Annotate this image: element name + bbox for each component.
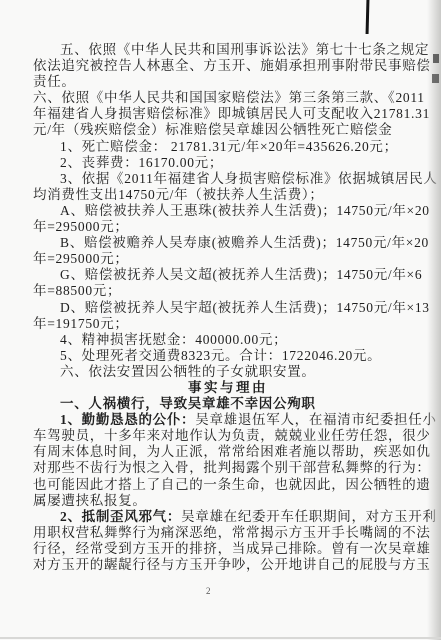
page-number: 2	[206, 586, 211, 596]
text-line: 对那些不齿行为恨之入骨，批判揭露个别干部营私舞弊的行为：	[33, 460, 433, 476]
text-line: 有周末体息时间，为人正派，常常给困难者施以帮助，疾恶如仇	[33, 444, 433, 460]
text-line: 年福建省人身损害赔偿标准》即城镇居民人可支配收入21781.31	[33, 106, 433, 122]
document-body: 五、依照《中华人民共和国刑事诉讼法》第七十七条之规定依法追究被控告人林惠全、方玉…	[33, 42, 433, 573]
line-text: 均消费性支出14750元/年（被扶养人生活费）；	[33, 187, 324, 202]
text-line: 一、人祸横行，导致吴章雄不幸因公殉职	[33, 396, 433, 412]
line-text: 属屡遭挟私报复。	[33, 493, 147, 508]
line-text: 用职权营私舞弊行为痛深恶绝，常常揭示方玉开手长嘴阔的不法	[33, 525, 431, 540]
text-line: B、赔偿被赡养人吴寿康(被赡养人生活费)；14750元/年×20	[33, 235, 433, 251]
scanned-page: 五、依照《中华人民共和国刑事诉讼法》第七十七条之规定依法追究被控告人林惠全、方玉…	[0, 0, 441, 640]
bold-text: 1、勤勤恳恳的公仆：	[60, 412, 195, 427]
text-line: 年=191750元；	[33, 316, 433, 332]
text-line: 也可能因此才搭上了自己的一条生命，也就因此，因公牺牲的遗	[33, 477, 433, 493]
text-line: 责任。	[33, 74, 433, 90]
line-text: 依法追究被控告人林惠全、方玉开、施娟承担刑事附带民事赔偿	[33, 58, 431, 73]
line-text: 5、处理死者交通费8323元。合计：1722046.20元。	[60, 348, 381, 363]
line-text: 对那些不齿行为恨之入骨，批判揭露个别干部营私舞弊的行为：	[33, 460, 431, 475]
text-line: 5、处理死者交通费8323元。合计：1722046.20元。	[33, 348, 433, 364]
text-line: 4、精神损害抚慰金：400000.00元；	[33, 332, 433, 348]
text-line: 3、依据《2011年福建省人身损害赔偿标准》依据城镇居民人	[33, 171, 433, 187]
text-line: D、赔偿被抚养人吴宇超(被抚养人生活费)；14750元/年×13	[33, 300, 433, 316]
line-text: 车驾驶员，十多年来对地作认为负责，兢兢业业任劳任怨，很少	[33, 428, 431, 443]
scan-artifact-streak	[366, 0, 370, 34]
text-line: 行径，经常受到方玉开的排挤，当成异己排除。曾有一次吴章雄	[33, 541, 433, 557]
bold-text: 一、人祸横行，导致吴章雄不幸因公殉职	[60, 396, 316, 411]
line-text: 3、依据《2011年福建省人身损害赔偿标准》依据城镇居民人	[60, 171, 438, 186]
bold-text: 2、抵制歪风邪气：	[60, 509, 181, 524]
text-line: 属屡遭挟私报复。	[33, 493, 433, 509]
scan-edge-shadow-right	[427, 0, 441, 640]
text-line: 车驾驶员，十多年来对地作认为负责，兢兢业业任劳任怨，很少	[33, 428, 433, 444]
line-text: 年=191750元；	[33, 316, 129, 331]
text-line: 对方玉开的龌龊行径与方玉开争吵，公开地讲自己的屁股与方玉	[33, 557, 433, 573]
line-text: 责任。	[33, 74, 76, 89]
line-text: 年=295000元；	[33, 219, 129, 234]
line-text: 4、精神损害抚慰金：400000.00元；	[60, 332, 287, 347]
text-line: 年=88500元；	[33, 283, 433, 299]
line-text: 年=88500元；	[33, 283, 121, 298]
text-line: A、赔偿被扶养人王惠珠(被扶养人生活费)；14750元/年×20	[33, 203, 433, 219]
line-text: 六、依照《中华人民共和国国家赔偿法》第三条第三款、《2011	[33, 90, 425, 105]
line-text: 六、依法安置因公牺牲的子女就职安置。	[60, 364, 316, 379]
line-text: 吴章雄在纪委开车任职期间，对方玉开利	[181, 509, 437, 524]
text-line: 2、丧葬费：16170.00元；	[33, 155, 433, 171]
text-line: 六、依照《中华人民共和国国家赔偿法》第三条第三款、《2011	[33, 90, 433, 106]
line-text: 吴章雄退伍军人，在福清市纪委担任小	[195, 412, 436, 427]
text-line: 1、死亡赔偿金： 21781.31元/年×20年=435626.20元；	[33, 139, 433, 155]
bold-text: 事实与理由	[188, 380, 268, 395]
line-text: 年=295000元；	[33, 251, 129, 266]
text-line: 年=295000元；	[33, 219, 433, 235]
text-line: G、赔偿被抚养人吴文超(被抚养人生活费)；14750元/年×6	[33, 267, 433, 283]
line-text: A、赔偿被扶养人王惠珠(被扶养人生活费)；14750元/年×20	[60, 203, 430, 218]
line-text: G、赔偿被抚养人吴文超(被抚养人生活费)；14750元/年×6	[60, 267, 422, 282]
text-line: 依法追究被控告人林惠全、方玉开、施娟承担刑事附带民事赔偿	[33, 58, 433, 74]
text-line: 五、依照《中华人民共和国刑事诉讼法》第七十七条之规定	[33, 42, 433, 58]
scan-artifact-speck	[432, 74, 439, 83]
line-text: 行径，经常受到方玉开的排挤，当成异己排除。曾有一次吴章雄	[33, 541, 431, 556]
line-text: 1、死亡赔偿金： 21781.31元/年×20年=435626.20元；	[60, 139, 398, 154]
text-line: 1、勤勤恳恳的公仆：吴章雄退伍军人，在福清市纪委担任小	[33, 412, 433, 428]
line-text: D、赔偿被抚养人吴宇超(被抚养人生活费)；14750元/年×13	[60, 300, 430, 315]
line-text: 年福建省人身损害赔偿标准》即城镇居民人可支配收入21781.31	[33, 106, 430, 121]
line-text: 2、丧葬费：16170.00元；	[60, 155, 223, 170]
line-text: 对方玉开的龌龊行径与方玉开争吵，公开地讲自己的屁股与方玉	[33, 557, 431, 572]
text-line: 用职权营私舞弊行为痛深恶绝，常常揭示方玉开手长嘴阔的不法	[33, 525, 433, 541]
scan-artifact-speck	[433, 54, 439, 63]
line-text: 有周末体息时间，为人正派，常常给困难者施以帮助，疾恶如仇	[33, 444, 431, 459]
text-line: 2、抵制歪风邪气：吴章雄在纪委开车任职期间，对方玉开利	[33, 509, 433, 525]
text-line: 六、依法安置因公牺牲的子女就职安置。	[33, 364, 433, 380]
line-text: B、赔偿被赡养人吴寿康(被赡养人生活费)；14750元/年×20	[60, 235, 429, 250]
line-text: 也可能因此才搭上了自己的一条生命，也就因此，因公牺牲的遗	[33, 477, 431, 492]
text-line: 元/年（残疾赔偿金）标准赔偿吴章雄因公牺牲死亡赔偿金	[33, 122, 433, 138]
text-line: 事实与理由	[33, 380, 433, 396]
line-text: 元/年（残疾赔偿金）标准赔偿吴章雄因公牺牲死亡赔偿金	[33, 122, 392, 137]
scan-edge-shadow-bottom	[0, 637, 441, 639]
line-text: 五、依照《中华人民共和国刑事诉讼法》第七十七条之规定	[60, 42, 429, 57]
text-line: 均消费性支出14750元/年（被扶养人生活费）；	[33, 187, 433, 203]
text-line: 年=295000元；	[33, 251, 433, 267]
